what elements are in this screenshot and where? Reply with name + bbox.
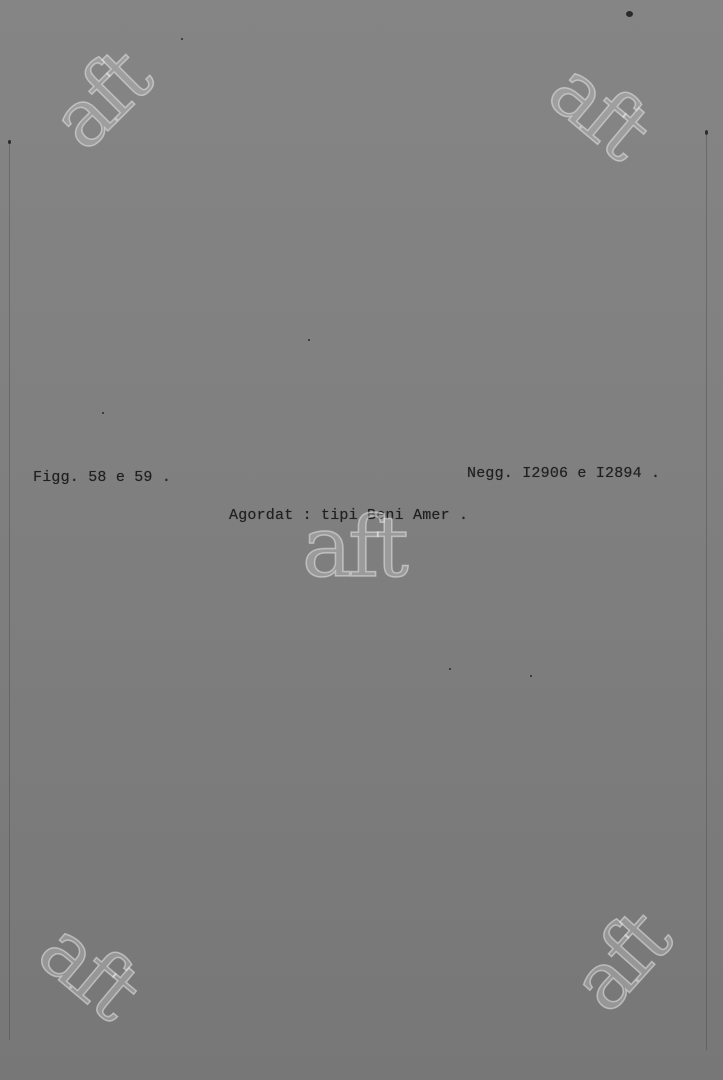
dust-speck — [308, 339, 310, 341]
dust-speck — [626, 11, 633, 17]
dust-speck — [449, 668, 451, 670]
watermark-top-left: aft — [38, 37, 163, 162]
card-edge-right — [706, 130, 707, 1050]
dust-speck — [705, 130, 708, 135]
dust-speck — [8, 140, 11, 144]
watermark-center: aft — [302, 505, 405, 589]
negative-label: Negg. I2906 e I2894 . — [467, 465, 660, 482]
dust-speck — [530, 675, 532, 677]
figure-label: Figg. 58 e 59 . — [33, 469, 171, 486]
archive-card: aft aft aft aft Figg. 58 e 59 . Negg. I2… — [0, 0, 723, 1080]
watermark-bottom-right: aft — [558, 899, 683, 1025]
watermark-bottom-left: aft — [26, 908, 152, 1032]
watermark-top-right: aft — [536, 48, 662, 172]
card-edge-left — [9, 140, 10, 1040]
dust-speck — [102, 412, 104, 414]
dust-speck — [181, 38, 183, 40]
